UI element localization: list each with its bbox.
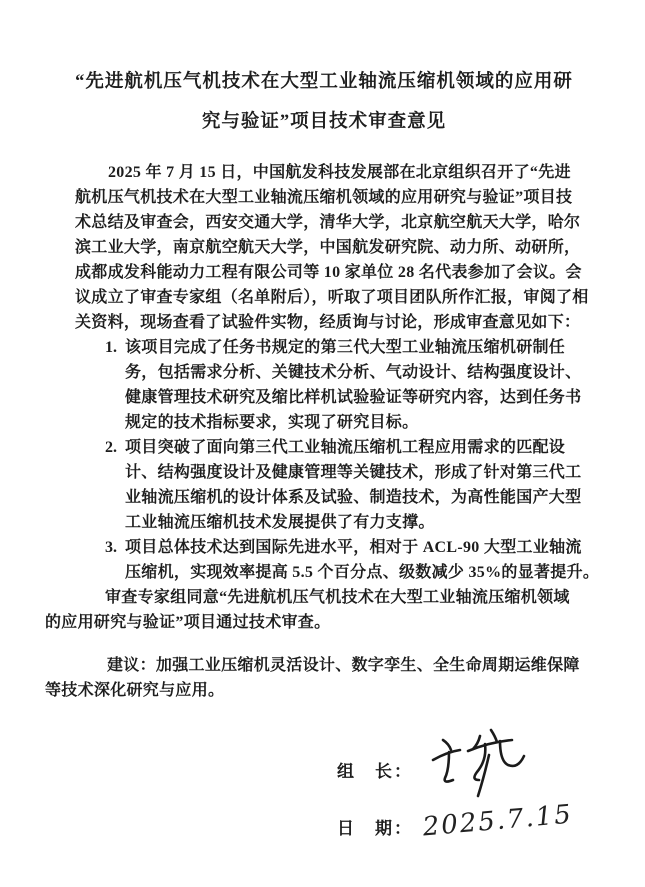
review-item-1: 1. 该项目完成了任务书规定的第三代大型工业轴流压缩机研制任 务，包括需求分析、… [45, 335, 603, 435]
suggestion-line: 建议：加强工业压缩机灵活设计、数字孪生、全生命周期运维保障 [45, 653, 603, 678]
review-item-3: 3. 项目总体技术达到国际先进水平，相对于 ACL-90 大型工业轴流 压缩机，… [45, 535, 603, 585]
date-row: 日 期： 2025.7.15 [337, 803, 603, 849]
item-line: 业轴流压缩机的设计体系及试验、制造技术，为高性能国产大型 [125, 485, 603, 510]
intro-line: 术总结及审查会，西安交通大学，清华大学，北京航空航天大学，哈尔 [75, 210, 603, 235]
intro-line: 关资料，现场查看了试验件实物，经质询与讨论，形成审查意见如下： [75, 310, 603, 335]
conclusion-line: 审查专家组同意“先进航机压气机技术在大型工业轴流压缩机领域 [45, 585, 603, 610]
intro-paragraph: 2025 年 7 月 15 日，中国航发科技发展部在北京组织召开了“先进 航机压… [75, 160, 603, 335]
item-line: 压缩机，实现效率提高 5.5 个百分点、级数减少 35%的显著提升。 [125, 560, 603, 585]
title-line: “先进航机压气机技术在大型工业轴流压缩机领域的应用研 [45, 62, 603, 102]
intro-line: 成都成发科能动力工程有限公司等 10 家单位 28 名代表参加了会议。会 [75, 260, 603, 285]
document-body: 2025 年 7 月 15 日，中国航发科技发展部在北京组织召开了“先进 航机压… [45, 160, 603, 703]
leader-signature-handwriting-icon [425, 724, 533, 798]
document-title: “先进航机压气机技术在大型工业轴流压缩机领域的应用研 究与验证”项目技术审查意见 [45, 62, 603, 142]
item-number: 3. [105, 535, 117, 560]
title-line: 究与验证”项目技术审查意见 [45, 102, 603, 142]
intro-line: 议成立了审查专家组（名单附后），听取了项目团队所作汇报，审阅了相 [75, 285, 603, 310]
item-line: 工业轴流压缩机技术发展提供了有力支撑。 [125, 510, 603, 535]
suggestion-line: 等技术深化研究与应用。 [45, 678, 603, 703]
item-line: 务，包括需求分析、关键技术分析、气动设计、结构强度设计、 [125, 360, 603, 385]
document-page: “先进航机压气机技术在大型工业轴流压缩机领域的应用研 究与验证”项目技术审查意见… [0, 0, 645, 887]
conclusion-paragraph: 审查专家组同意“先进航机压气机技术在大型工业轴流压缩机领域 的应用研究与验证”项… [45, 585, 603, 635]
intro-line: 滨工业大学，南京航空航天大学，中国航发研究院、动力所、动研所， [75, 235, 603, 260]
date-label: 日 期： [337, 814, 413, 839]
item-line: 规定的技术指标要求，实现了研究目标。 [125, 410, 603, 435]
conclusion-line: 的应用研究与验证”项目通过技术审查。 [45, 610, 603, 635]
item-number: 1. [105, 335, 117, 360]
item-line: 健康管理技术研究及缩比样机试验验证等研究内容，达到任务书 [125, 385, 603, 410]
review-item-2: 2. 项目突破了面向第三代工业轴流压缩机工程应用需求的匹配设 计、结构强度设计及… [45, 435, 603, 535]
intro-line: 航机压气机技术在大型工业轴流压缩机领域的应用研究与验证”项目技 [75, 185, 603, 210]
signature-block: 组 长： 日 期： 2025.7.15 [337, 737, 603, 849]
item-line: 计、结构强度设计及健康管理等关键技术，形成了针对第三代工 [125, 460, 603, 485]
item-line: 项目总体技术达到国际先进水平，相对于 ACL-90 大型工业轴流 [125, 535, 603, 560]
item-line: 该项目完成了任务书规定的第三代大型工业轴流压缩机研制任 [125, 335, 603, 360]
item-line: 项目突破了面向第三代工业轴流压缩机工程应用需求的匹配设 [125, 435, 603, 460]
intro-line: 2025 年 7 月 15 日，中国航发科技发展部在北京组织召开了“先进 [75, 160, 603, 185]
date-handwriting: 2025.7.15 [422, 800, 574, 843]
item-number: 2. [105, 435, 117, 460]
suggestion-paragraph: 建议：加强工业压缩机灵活设计、数字孪生、全生命周期运维保障 等技术深化研究与应用… [45, 653, 603, 703]
leader-label: 组 长： [337, 757, 413, 782]
leader-row: 组 长： [337, 737, 603, 801]
